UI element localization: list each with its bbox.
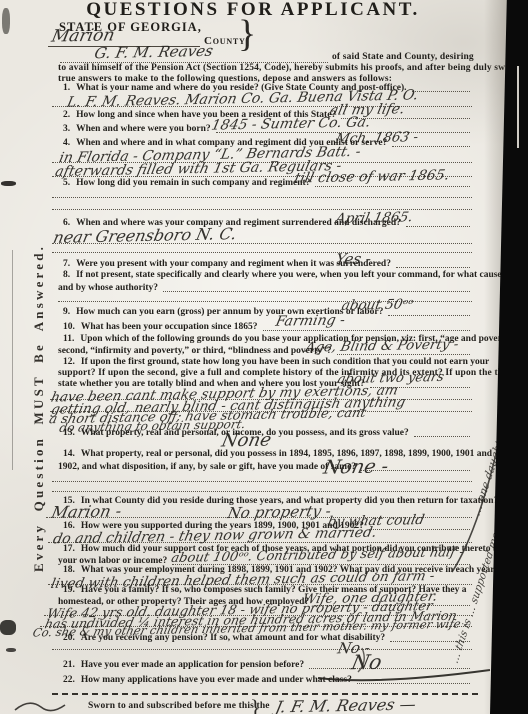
edge-smudge (2, 8, 10, 34)
edge-smudge (6, 648, 16, 652)
edge-smudge (0, 620, 16, 635)
cutoff-scrawl (15, 703, 65, 710)
paper-crease (12, 250, 13, 470)
answer-21-underline-flourish (318, 670, 490, 680)
edge-smudge (1, 181, 16, 186)
ink-flourishes (0, 0, 528, 714)
scanned-pension-form: QUESTIONS FOR APPLICANT. STATE OF GEORGI… (0, 0, 528, 714)
descender-flourish (358, 648, 364, 672)
scan-film-scratch (517, 66, 519, 148)
